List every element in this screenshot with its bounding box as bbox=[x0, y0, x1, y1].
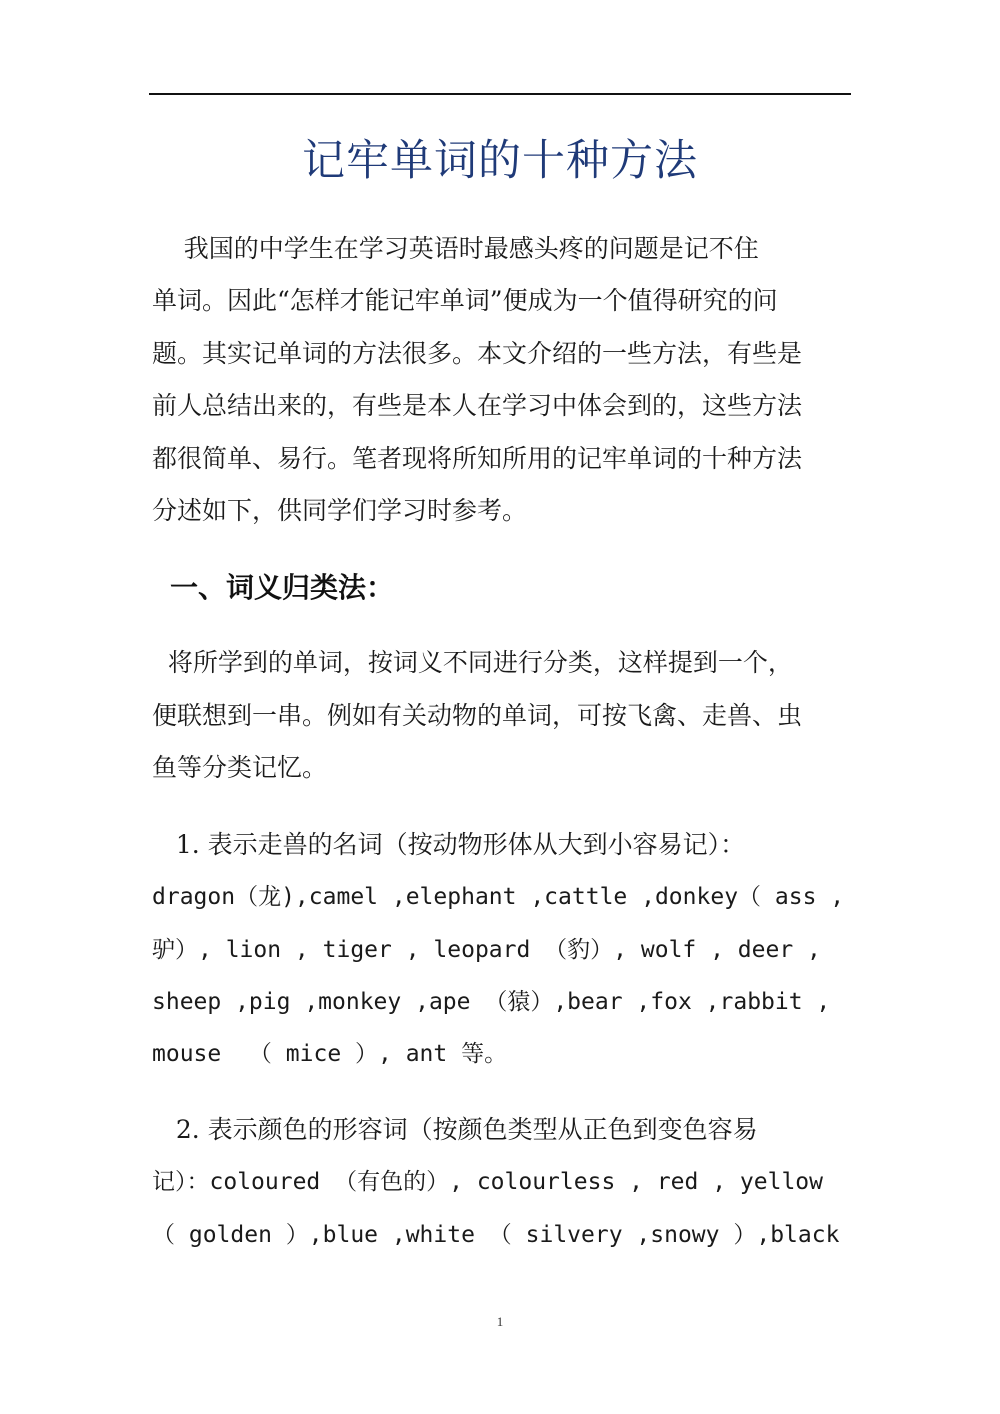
page-number: 1 bbox=[0, 1314, 1000, 1330]
description-line: 鱼等分类记忆。 bbox=[152, 752, 852, 784]
word-list-line: 记）：coloured （有色的）, colourless , red , ye… bbox=[152, 1166, 852, 1198]
intro-line: 都很简单、易行。笔者现将所知所用的记牢单词的十种方法 bbox=[152, 443, 852, 475]
word-list-line: sheep ,pig ,monkey ,ape （猿）,bear ,fox ,r… bbox=[152, 986, 852, 1018]
intro-line: 分述如下，供同学们学习时参考。 bbox=[152, 495, 852, 527]
list-item-heading: 1. 表示走兽的名词（按动物形体从大到小容易记）： bbox=[152, 829, 852, 861]
word-list-line: 驴）, lion , tiger , leopard （豹）, wolf , d… bbox=[152, 934, 852, 966]
word-list-line: mouse （ mice ）, ant 等。 bbox=[152, 1038, 852, 1070]
description-line: 便联想到一串。例如有关动物的单词，可按飞禽、走兽、虫 bbox=[152, 700, 852, 732]
section-heading: 一、词义归类法： bbox=[170, 570, 394, 606]
intro-line: 前人总结出来的，有些是本人在学习中体会到的，这些方法 bbox=[152, 390, 852, 422]
intro-line: 题。其实记单词的方法很多。本文介绍的一些方法，有些是 bbox=[152, 338, 852, 370]
word-list-line: （ golden ）,blue ,white （ silvery ,snowy … bbox=[152, 1219, 852, 1251]
list-item-heading: 2. 表示颜色的形容词（按颜色类型从正色到变色容易 bbox=[152, 1114, 852, 1146]
intro-line: 我国的中学生在学习英语时最感头疼的问题是记不住 bbox=[152, 233, 852, 265]
word-list-line: dragon（龙),camel ,elephant ,cattle ,donke… bbox=[152, 881, 852, 913]
intro-line: 单词。因此“怎样才能记牢单词”便成为一个值得研究的问 bbox=[152, 285, 852, 317]
description-line: 将所学到的单词，按词义不同进行分类，这样提到一个， bbox=[152, 647, 852, 679]
document-title: 记牢单词的十种方法 bbox=[0, 132, 1000, 190]
header-rule bbox=[149, 93, 851, 95]
